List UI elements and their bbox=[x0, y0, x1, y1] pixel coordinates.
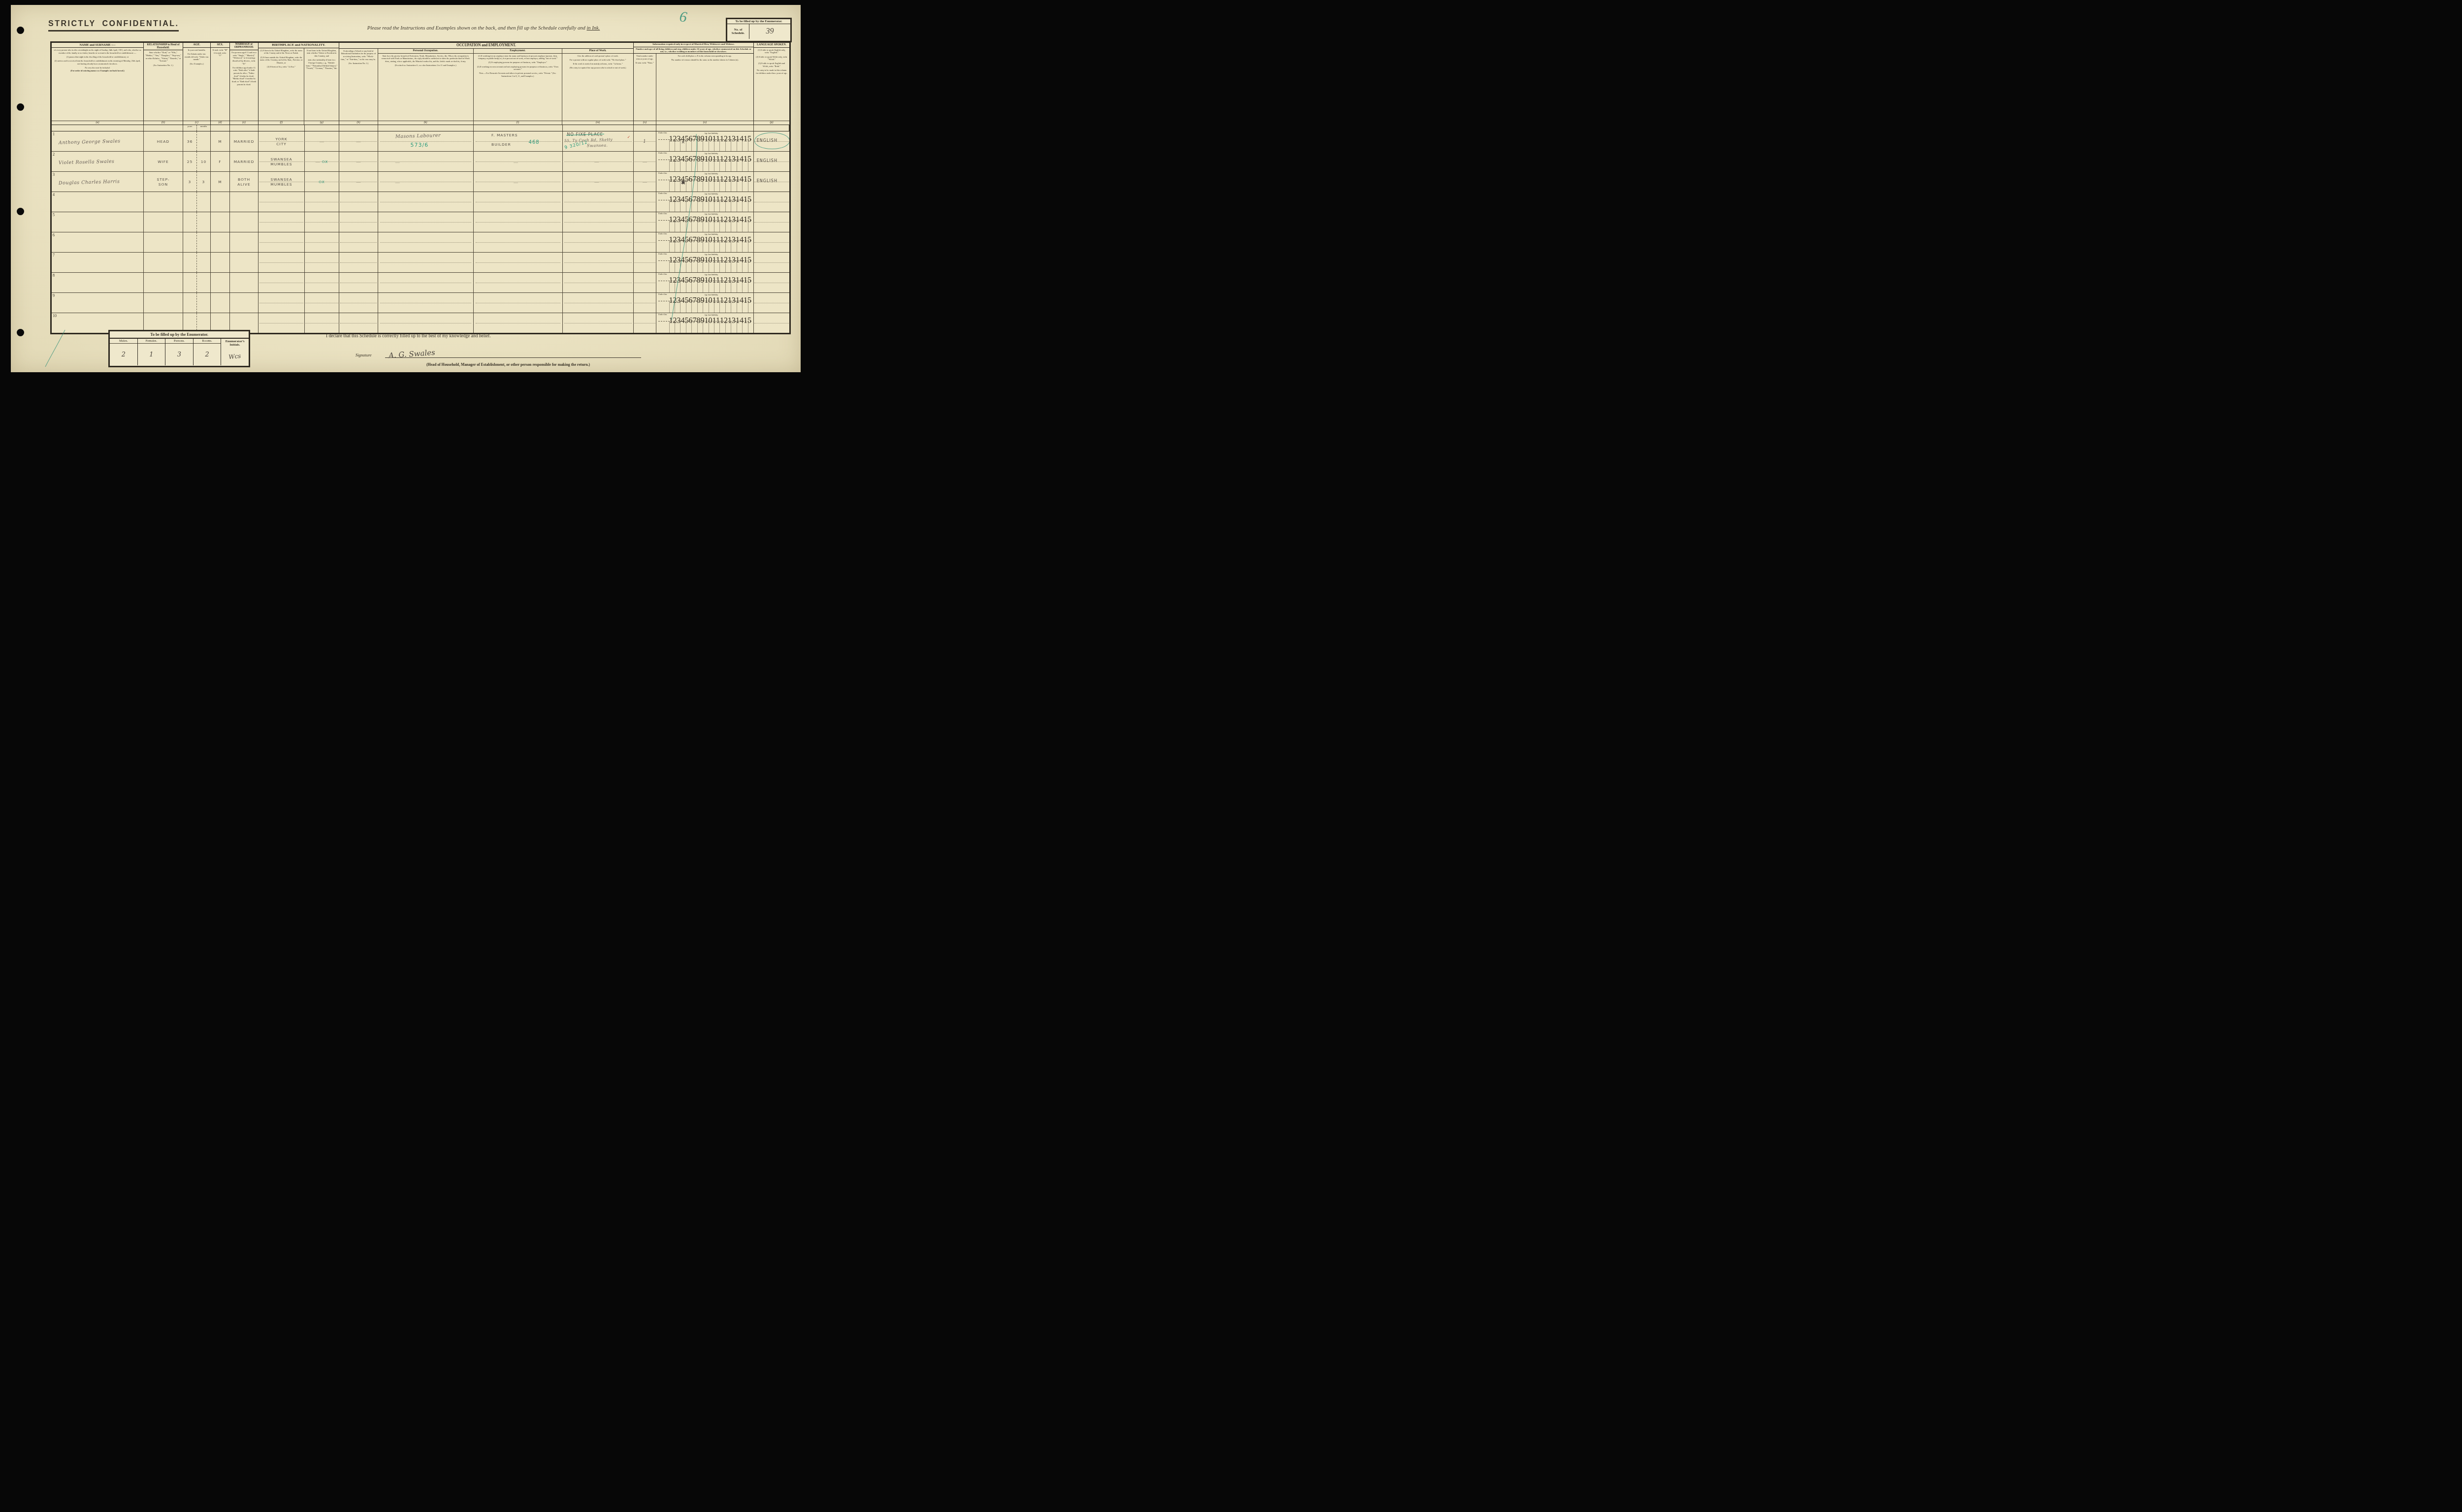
cell-children-ages: Under OneAge last birthday12345678910111… bbox=[656, 253, 754, 272]
age-grid-number: 10 bbox=[705, 216, 713, 220]
age-grid-number: 12 bbox=[720, 216, 728, 220]
row-number: 6 bbox=[53, 233, 55, 237]
cell-occupation bbox=[378, 212, 474, 232]
header-body-o: For each child place a X in the column c… bbox=[656, 54, 753, 64]
age-grid-number: 11 bbox=[713, 175, 720, 179]
cell-nationality bbox=[305, 273, 339, 292]
schedule-box-title: To be filled up by the Enumerator. bbox=[727, 19, 790, 24]
header-body-o-text: For each child place a X in the column c… bbox=[658, 55, 752, 58]
age-grid-number: 4 bbox=[681, 317, 685, 321]
header-body-m-text: (No entry is required for any person who… bbox=[564, 66, 632, 69]
age-months-handwriting: 3 bbox=[202, 180, 205, 184]
age-months-handwriting: 10 bbox=[201, 160, 207, 164]
header-body-m-text: For a person with no regular place of wo… bbox=[564, 59, 632, 62]
cell-age bbox=[183, 212, 211, 232]
age-grid-number: 3 bbox=[677, 155, 681, 159]
age-months-value bbox=[197, 131, 210, 151]
cell-school bbox=[339, 232, 378, 252]
cell-relationship bbox=[144, 232, 183, 252]
school-dash: — bbox=[339, 172, 378, 192]
age-grid-number: 13 bbox=[728, 256, 736, 260]
age-grid-number: 5 bbox=[685, 296, 689, 300]
age-years-value bbox=[183, 253, 197, 272]
header-body-m-text: Give the address of each person’s place … bbox=[564, 55, 632, 58]
row-number: 5 bbox=[53, 213, 55, 217]
pencil-schedule-number: 6 bbox=[679, 8, 688, 26]
cell-total-children: 1 bbox=[634, 131, 656, 151]
cell-birthplace bbox=[259, 232, 305, 252]
age-grid-number: 11 bbox=[713, 317, 720, 321]
place-struck-handwriting: NO FIXE PLACE bbox=[567, 132, 603, 137]
total-children-handwriting-line: — bbox=[643, 159, 647, 164]
age-grid-number: 14 bbox=[736, 195, 744, 199]
column-letter-g: (g) bbox=[304, 121, 339, 125]
header-body-c-text: (See Examples.) bbox=[185, 63, 209, 65]
column-letter-l: (l) bbox=[474, 121, 562, 125]
name-handwriting: Douglas Charles Harris bbox=[59, 179, 120, 186]
header-body-b-text: (See Instruction No. 1.) bbox=[145, 64, 181, 67]
header-col-b: State whether “Head,” or “Wife,” “Mother… bbox=[144, 50, 183, 125]
language-handwriting: ENGLISH bbox=[757, 179, 777, 183]
cell-sex bbox=[211, 253, 230, 272]
marriage-handwriting: BOTHALIVE bbox=[230, 172, 258, 192]
header-body-l-text: (3) If working on own account and not em… bbox=[475, 65, 561, 71]
cell-language bbox=[754, 293, 789, 313]
enumerator-col-males: Males.2 bbox=[110, 339, 138, 365]
age-months-value bbox=[197, 232, 210, 252]
column-letter-n: (n) bbox=[634, 121, 656, 125]
cell-employment: — bbox=[474, 172, 563, 192]
age-grid-number: 12 bbox=[720, 135, 728, 139]
column-letter-c: (c) bbox=[183, 121, 210, 125]
birthplace-handwriting-line: SWANSEA bbox=[270, 177, 292, 182]
age-grid-number: 2 bbox=[673, 135, 677, 139]
birthplace-handwriting-line: YORK bbox=[275, 137, 287, 141]
cell-school bbox=[339, 253, 378, 272]
school-dash: — bbox=[339, 152, 378, 171]
cell-occupation bbox=[378, 273, 474, 292]
column-letter-o: (o) bbox=[656, 121, 753, 125]
age-grid-number: 10 bbox=[705, 276, 713, 280]
age-grid-number: 10 bbox=[705, 236, 713, 240]
age-grid-number: 3 bbox=[677, 175, 681, 179]
cell-relationship bbox=[144, 192, 183, 212]
subhdr-cell-b bbox=[144, 125, 183, 131]
marriage-handwriting-line: ALIVE bbox=[237, 182, 250, 187]
age-grid-number: 5 bbox=[685, 317, 689, 321]
header-body-k: State here the precise branch of Profess… bbox=[378, 54, 473, 69]
cell-nationality: —OX bbox=[305, 152, 339, 171]
cell-language bbox=[754, 212, 789, 232]
cell-birthplace: SWANSEAMUMBLES bbox=[259, 152, 305, 171]
age-grid-under-one: Under One bbox=[656, 293, 669, 296]
age-grid-caption: Age last birthday bbox=[669, 253, 753, 256]
total-children-handwriting-line: 1 bbox=[643, 138, 647, 144]
age-grid-number: 6 bbox=[689, 256, 693, 260]
age-years-value bbox=[183, 232, 197, 252]
cell-place-of-work: — bbox=[563, 172, 634, 192]
instruction-text: Please read the Instructions and Example… bbox=[367, 26, 587, 31]
header-body-l-text: (1) If working for an employer state the… bbox=[475, 55, 561, 60]
name-handwriting: Violet Rosella Swales bbox=[59, 159, 115, 166]
age-years-value: 3 bbox=[183, 172, 197, 192]
age-grid-columns bbox=[669, 281, 753, 292]
age-grid-number: 8 bbox=[697, 236, 701, 240]
age-grid-under-one: Under One bbox=[656, 132, 669, 134]
age-grid-under-one: Under One bbox=[656, 172, 669, 175]
age-grid-number: 4 bbox=[681, 256, 685, 260]
header-group-e: MARRIAGE or ORPHANHOOD.For persons aged … bbox=[230, 43, 259, 125]
header-body-e-text: For persons aged 15 and over write “Sing… bbox=[231, 51, 257, 65]
age-grid-number: 8 bbox=[697, 175, 701, 179]
row-number: 4 bbox=[53, 193, 55, 197]
column-letter-k: (k) bbox=[378, 121, 473, 125]
age-grid-number: 12 bbox=[720, 155, 728, 159]
employment-handwriting: F. MASTERS bbox=[491, 133, 518, 137]
header-body-e-text: For children aged under 15 write “Both a… bbox=[231, 66, 257, 86]
age-grid-number: 1 bbox=[669, 216, 673, 220]
employment-handwriting: — bbox=[514, 180, 518, 185]
relationship-handwriting-line: SON bbox=[159, 182, 168, 187]
age-months-label: months bbox=[197, 125, 210, 131]
table-row: 2Violet Rosella SwalesWIFE2510FMARRIEDSW… bbox=[52, 152, 789, 172]
column-letter-e: (e) bbox=[230, 121, 258, 125]
cell-total-children bbox=[634, 253, 656, 272]
enumerator-col-females: Females.1 bbox=[138, 339, 166, 365]
enumerator-initials-handwriting: Wcs bbox=[221, 346, 250, 367]
group-title-hklm: OCCUPATION and EMPLOYMENT. bbox=[339, 43, 633, 49]
subhdr-cell-c: yearsmonths bbox=[183, 125, 211, 131]
cell-language: ENGLISH bbox=[754, 152, 789, 171]
header-group-a: NAME and SURNAME :—of every person who i… bbox=[52, 43, 144, 125]
header-group-fg: BIRTHPLACE and NATIONALITY.(1) If born i… bbox=[259, 43, 339, 125]
birthplace-handwriting-line: CITY bbox=[276, 142, 287, 146]
child-age-grid: Under OneAge last birthday12345678910111… bbox=[656, 212, 753, 232]
age-grid-number: 3 bbox=[677, 276, 681, 280]
table-row: 9Under OneAge last birthday1234567891011… bbox=[52, 293, 789, 313]
age-grid-under-one: Under One bbox=[656, 314, 669, 316]
header-group-d: SEX.If male write “M” if female write “F… bbox=[211, 43, 230, 125]
age-grid-number: 10 bbox=[705, 175, 713, 179]
child-age-cross: ✕ bbox=[681, 180, 685, 186]
cell-sex bbox=[211, 273, 230, 292]
cell-sex bbox=[211, 232, 230, 252]
age-grid-number: 4 bbox=[681, 195, 685, 199]
subhdr-cell-p bbox=[754, 125, 789, 131]
age-grid-number: 5 bbox=[685, 135, 689, 139]
instruction-line: Please read the Instructions and Example… bbox=[306, 26, 661, 31]
cell-total-children bbox=[634, 192, 656, 212]
cell-name: 5 bbox=[52, 212, 144, 232]
header-group-b: RELATIONSHIP to Head of Household.State … bbox=[144, 43, 183, 125]
sex-handwriting: M bbox=[211, 131, 229, 151]
cell-place-of-work bbox=[563, 232, 634, 252]
age-grid-numbers: 123456789101112131415 bbox=[669, 135, 753, 139]
age-months-value: 10 bbox=[197, 152, 210, 171]
age-grid-number: 5 bbox=[685, 256, 689, 260]
sex-handwriting-line: F bbox=[219, 160, 221, 164]
age-grid-number: 10 bbox=[705, 135, 713, 139]
school-dash-line: — bbox=[356, 159, 361, 164]
age-grid-number: 1 bbox=[669, 296, 673, 300]
cell-nationality: OX bbox=[305, 172, 339, 192]
age-grid-number: 14 bbox=[736, 276, 744, 280]
cell-name: 9 bbox=[52, 293, 144, 313]
age-grid-number: 2 bbox=[673, 195, 677, 199]
column-letter-h: (h) bbox=[339, 121, 378, 125]
age-grid-number: 1 bbox=[669, 135, 673, 139]
nationality-dash: — bbox=[320, 139, 324, 144]
age-grid-number: 15 bbox=[744, 317, 751, 321]
cell-children-ages: Under OneAge last birthday12345678910111… bbox=[656, 212, 754, 232]
relationship-handwriting: HEAD bbox=[144, 131, 183, 151]
age-grid-number: 12 bbox=[720, 276, 728, 280]
marriage-handwriting: MARRIED bbox=[230, 131, 258, 151]
subhdr-cell-o bbox=[656, 125, 754, 131]
birthplace-handwriting: YORKCITY bbox=[259, 131, 304, 151]
age-grid-numbers: 123456789101112131415 bbox=[669, 236, 753, 240]
group-title-a: NAME and SURNAME :— bbox=[52, 43, 143, 48]
age-grid-number: 12 bbox=[720, 175, 728, 179]
age-grid-number: 2 bbox=[673, 216, 677, 220]
age-grid-numbers: 123456789101112131415 bbox=[669, 296, 753, 300]
row-number: 10 bbox=[53, 314, 57, 318]
cell-relationship bbox=[144, 273, 183, 292]
age-grid-number: 9 bbox=[701, 216, 705, 220]
cell-total-children bbox=[634, 273, 656, 292]
age-grid-number: 15 bbox=[744, 195, 751, 199]
cell-language: ENGLISH bbox=[754, 172, 789, 192]
cell-birthplace bbox=[259, 293, 305, 313]
schedule-number-value: 39 bbox=[749, 24, 790, 39]
subhdr-cell-m bbox=[563, 125, 634, 131]
row-number: 1 bbox=[53, 132, 55, 136]
age-grid-columns bbox=[669, 220, 753, 232]
age-grid-numbers: 123456789101112131415 bbox=[669, 276, 753, 280]
header-group-hklm: OCCUPATION and EMPLOYMENT.If attending a… bbox=[339, 43, 634, 125]
cell-language: ENGLISH bbox=[754, 131, 789, 151]
cell-employment: — bbox=[474, 152, 563, 171]
row-number: 2 bbox=[53, 152, 55, 157]
row-number: 8 bbox=[53, 273, 55, 278]
age-grid-number: 11 bbox=[713, 296, 720, 300]
place-dash: — bbox=[594, 179, 599, 184]
header-body-h: If attending a School or any kind of Edu… bbox=[339, 49, 378, 67]
cell-children-ages: Under OneAge last birthday12345678910111… bbox=[656, 232, 754, 252]
cell-relationship bbox=[144, 293, 183, 313]
header-body-m-text: If the work is carried on mainly at home… bbox=[564, 63, 632, 65]
subtitle-m: Place of Work. bbox=[562, 49, 633, 54]
row-number: 3 bbox=[53, 172, 55, 177]
age-grid-number: 13 bbox=[728, 296, 736, 300]
header-body-p-text: (2) If able to speak Welsh only, write “… bbox=[755, 56, 788, 61]
marriage-handwriting: MARRIED bbox=[230, 152, 258, 171]
cell-birthplace bbox=[259, 253, 305, 272]
sex-handwriting-line: M bbox=[218, 139, 222, 144]
cell-employment bbox=[474, 253, 563, 272]
table-header: NAME and SURNAME :—of every person who i… bbox=[52, 43, 789, 125]
header-body-b: State whether “Head,” or “Wife,” “Mother… bbox=[144, 50, 183, 68]
age-grid-number: 6 bbox=[689, 317, 693, 321]
signature-handwriting: A. G. Swales bbox=[388, 348, 435, 360]
age-grid-number: 14 bbox=[736, 317, 744, 321]
age-grid-numbers: 123456789101112131415 bbox=[669, 195, 753, 199]
cell-name: 6 bbox=[52, 232, 144, 252]
group-title-c: AGE. bbox=[183, 43, 210, 48]
age-grid-number: 9 bbox=[701, 276, 705, 280]
cell-total-children: — bbox=[634, 152, 656, 171]
cell-place-of-work bbox=[563, 293, 634, 313]
signature-caption: (Head of Household, Manager of Establish… bbox=[356, 362, 661, 367]
header-body-h-text: If attending a School or any kind of Edu… bbox=[341, 50, 376, 61]
table-row: 6Under OneAge last birthday1234567891011… bbox=[52, 232, 789, 253]
child-age-cross: ✕ bbox=[681, 140, 685, 145]
cell-name: 2Violet Rosella Swales bbox=[52, 152, 144, 171]
cell-place-of-work: — bbox=[563, 152, 634, 171]
age-grid-number: 1 bbox=[669, 317, 673, 321]
total-children-handwriting: — bbox=[634, 172, 656, 192]
header-body-c-text: For Infants under one month old write “U… bbox=[185, 53, 209, 61]
cell-marriage: BOTHALIVE bbox=[230, 172, 259, 192]
header-body-a: of every person who is alive at midnight… bbox=[52, 48, 143, 73]
sex-handwriting-line: M bbox=[218, 180, 222, 184]
employment-handwriting: BUILDER bbox=[491, 142, 511, 147]
age-grid-number: 8 bbox=[697, 195, 701, 199]
cell-name: 4 bbox=[52, 192, 144, 212]
place-address-handwriting: 55, Ty Coch Rd, Sketty bbox=[564, 137, 613, 143]
age-grid-number: 5 bbox=[685, 236, 689, 240]
header-group-c: AGE.In years and months.For Infants unde… bbox=[183, 43, 211, 125]
age-grid-number: 15 bbox=[744, 216, 751, 220]
age-grid-number: 7 bbox=[693, 276, 697, 280]
age-grid-number: 9 bbox=[701, 236, 705, 240]
cell-sex bbox=[211, 293, 230, 313]
header-body-p-text: (3) If able to speak English and Welsh, … bbox=[755, 62, 788, 67]
age-grid-number: 7 bbox=[693, 317, 697, 321]
header-body-a-text: (2) arrives and is received into the hou… bbox=[53, 60, 142, 65]
punch-hole bbox=[17, 329, 24, 336]
header-col-l: Employment.(1) If working for an employe… bbox=[474, 49, 563, 125]
cell-language bbox=[754, 192, 789, 212]
paper-sheet: STRICTLY CONFIDENTIAL. Please read the I… bbox=[11, 5, 801, 372]
age-grid-number: 7 bbox=[693, 175, 697, 179]
child-age-grid: Under OneAge last birthday12345678910111… bbox=[656, 273, 753, 292]
occupation-code-green: 573/6 bbox=[411, 142, 429, 148]
age-months-value bbox=[197, 253, 210, 272]
age-grid-number: 4 bbox=[681, 296, 685, 300]
cell-nationality bbox=[305, 212, 339, 232]
enumerator-col-label: Persons. bbox=[165, 339, 193, 344]
cell-nationality bbox=[305, 293, 339, 313]
cell-nationality bbox=[305, 253, 339, 272]
enumerator-initials: Enumerator’s Initials.Wcs bbox=[221, 339, 249, 365]
cell-occupation bbox=[378, 192, 474, 212]
age-grid-number: 3 bbox=[677, 317, 681, 321]
age-grid-number: 7 bbox=[693, 135, 697, 139]
age-grid-numbers: 123456789101112131415 bbox=[669, 256, 753, 260]
age-grid-under-one: Under One bbox=[656, 193, 669, 195]
sex-handwriting: F bbox=[211, 152, 229, 171]
cell-birthplace bbox=[259, 212, 305, 232]
age-years-value bbox=[183, 293, 197, 313]
age-grid-number: 1 bbox=[669, 155, 673, 159]
age-grid-number: 9 bbox=[701, 317, 705, 321]
cell-nationality bbox=[305, 192, 339, 212]
cell-school: — bbox=[339, 131, 378, 151]
header-body-h-text: (See Instruction No. 2.) bbox=[341, 62, 376, 65]
cell-sex bbox=[211, 192, 230, 212]
cell-sex bbox=[211, 212, 230, 232]
cell-marriage bbox=[230, 232, 259, 252]
age-years-value: 25 bbox=[183, 152, 197, 171]
cell-birthplace bbox=[259, 313, 305, 333]
cell-employment bbox=[474, 232, 563, 252]
age-months-value bbox=[197, 212, 210, 232]
age-grid-caption: Age last birthday bbox=[669, 172, 753, 175]
cell-relationship: HEAD bbox=[144, 131, 183, 151]
header-col-p: (1) If able to speak English only, write… bbox=[754, 48, 789, 125]
enumerator-col-rooms: Rooms.2 bbox=[194, 339, 222, 365]
age-months-value bbox=[197, 293, 210, 313]
age-grid-number: 7 bbox=[693, 296, 697, 300]
enumerator-col-value: 2 bbox=[110, 344, 137, 365]
age-grid-number: 9 bbox=[701, 256, 705, 260]
age-grid-numbers: 123456789101112131415 bbox=[669, 317, 753, 321]
age-grid-number: 11 bbox=[713, 135, 720, 139]
marriage-handwriting-line: BOTH bbox=[238, 177, 250, 182]
age-grid-number: 11 bbox=[713, 256, 720, 260]
nationality-green-code: OX bbox=[319, 180, 325, 184]
age-years-label: years bbox=[183, 125, 197, 131]
group-title-e: MARRIAGE or ORPHANHOOD. bbox=[230, 43, 258, 50]
header-col-h: If attending a School or any kind of Edu… bbox=[339, 49, 378, 125]
enumerator-col-label: Males. bbox=[110, 339, 137, 344]
cell-employment bbox=[474, 293, 563, 313]
occupation-handwriting: — bbox=[395, 160, 400, 164]
age-grid-number: 15 bbox=[744, 155, 751, 159]
enumerator-col-value: 1 bbox=[138, 344, 165, 365]
birthplace-handwriting: SWANSEAMUMBLES bbox=[259, 172, 304, 192]
age-grid-number: 2 bbox=[673, 155, 677, 159]
cell-marriage bbox=[230, 293, 259, 313]
age-grid-number: 15 bbox=[744, 135, 751, 139]
age-grid-caption: Age last birthday bbox=[669, 233, 753, 235]
place-dash: — bbox=[594, 159, 599, 164]
punch-hole bbox=[17, 208, 24, 215]
cell-place-of-work bbox=[563, 313, 634, 333]
header-body-m: Give the address of each person’s place … bbox=[562, 54, 633, 72]
nationality-marks: OX bbox=[305, 172, 339, 192]
header-body-p: (1) If able to speak English only, write… bbox=[754, 48, 789, 77]
cell-place-of-work bbox=[563, 253, 634, 272]
age-grid-number: 11 bbox=[713, 276, 720, 280]
total-children-handwriting: — bbox=[634, 152, 656, 171]
age-grid-number: 6 bbox=[689, 155, 693, 159]
age-years-value bbox=[183, 273, 197, 292]
age-months-value bbox=[197, 273, 210, 292]
age-grid-number: 6 bbox=[689, 296, 693, 300]
age-grid-number: 3 bbox=[677, 256, 681, 260]
group-title-b: RELATIONSHIP to Head of Household. bbox=[144, 43, 183, 50]
age-grid-number: 9 bbox=[701, 195, 705, 199]
cell-sex: M bbox=[211, 172, 230, 192]
header-body-g-text: state also nationality if born in a Fore… bbox=[306, 59, 337, 70]
age-grid-number: 12 bbox=[720, 317, 728, 321]
table-row: 1Anthony George SwalesHEAD36MMARRIEDYORK… bbox=[52, 131, 789, 152]
child-age-grid: Under OneAge last birthday12345678910111… bbox=[656, 152, 753, 171]
language-handwriting: ENGLISH bbox=[757, 159, 777, 163]
cell-occupation bbox=[378, 313, 474, 333]
